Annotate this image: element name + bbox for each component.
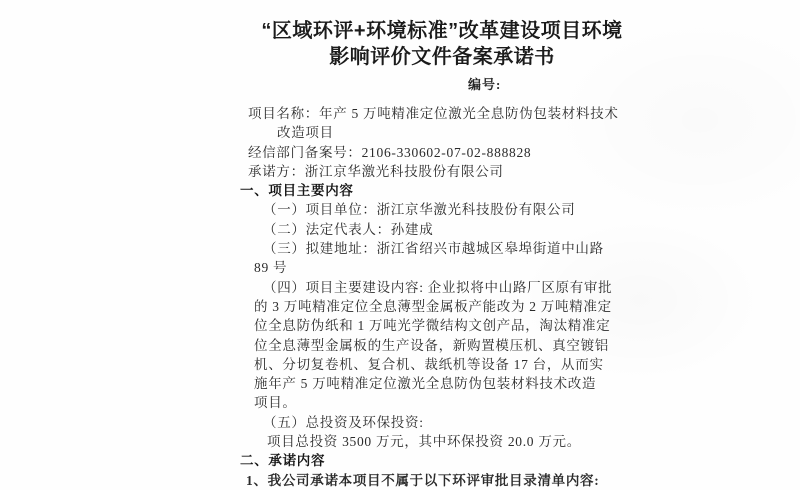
document-line: 二、承诺内容 bbox=[240, 451, 644, 470]
document-line: 项目。 bbox=[254, 393, 644, 412]
document-line: 项目总投资 3500 万元，其中环保投资 20.0 万元。 bbox=[267, 432, 644, 451]
document-body: 项目名称：年产 5 万吨精准定位激光全息防伪包装材料技术改造项目经信部门备案号：… bbox=[240, 104, 644, 490]
document-line: 89 号 bbox=[254, 258, 644, 277]
document-title: “区域环评+环境标准”改革建设项目环境 影响评价文件备案承诺书 bbox=[240, 18, 644, 70]
document-line: （四）项目主要建设内容: 企业拟将中山路厂区原有审批 bbox=[263, 278, 644, 297]
document-title-line2: 影响评价文件备案承诺书 bbox=[240, 44, 644, 70]
document-line: （一）项目单位：浙江京华激光科技股份有限公司 bbox=[263, 200, 644, 219]
document-line: 项目名称：年产 5 万吨精准定位激光全息防伪包装材料技术 bbox=[248, 104, 644, 123]
document-line: （三）拟建地址：浙江省绍兴市越城区皋埠街道中山路 bbox=[263, 239, 644, 258]
document-line: 经信部门备案号：2106-330602-07-02-888828 bbox=[248, 143, 644, 162]
document-line: （五）总投资及环保投资: bbox=[263, 413, 644, 432]
document-line: 施年产 5 万吨精准定位激光全息防伪包装材料技术改造 bbox=[254, 374, 644, 393]
document-line: 改造项目 bbox=[277, 123, 644, 142]
scanned-document-page: “区域环评+环境标准”改革建设项目环境 影响评价文件备案承诺书 编号: 项目名称… bbox=[0, 0, 800, 490]
document-content: “区域环评+环境标准”改革建设项目环境 影响评价文件备案承诺书 编号: 项目名称… bbox=[240, 18, 644, 490]
document-number-label: 编号: bbox=[240, 74, 644, 93]
document-line: 的 3 万吨精准定位全息薄型金属板产能改为 2 万吨精准定 bbox=[254, 297, 644, 316]
document-line: （二）法定代表人：孙建成 bbox=[263, 220, 644, 239]
document-line: 一、项目主要内容 bbox=[240, 181, 644, 200]
document-line: 机、分切复卷机、复合机、裁纸机等设备 17 台，从而实 bbox=[254, 355, 644, 374]
document-line: 位全息防伪纸和 1 万吨光学微结构文创产品，淘汰精准定 bbox=[254, 316, 644, 335]
document-line: 1、我公司承诺本项目不属于以下环评审批目录清单内容: bbox=[246, 471, 644, 490]
document-line: 位全息薄型金属板的生产设备，新购置模压机、真空镀铝 bbox=[254, 336, 644, 355]
document-line: 承诺方：浙江京华激光科技股份有限公司 bbox=[248, 162, 644, 181]
document-title-line1: “区域环评+环境标准”改革建设项目环境 bbox=[240, 18, 644, 44]
